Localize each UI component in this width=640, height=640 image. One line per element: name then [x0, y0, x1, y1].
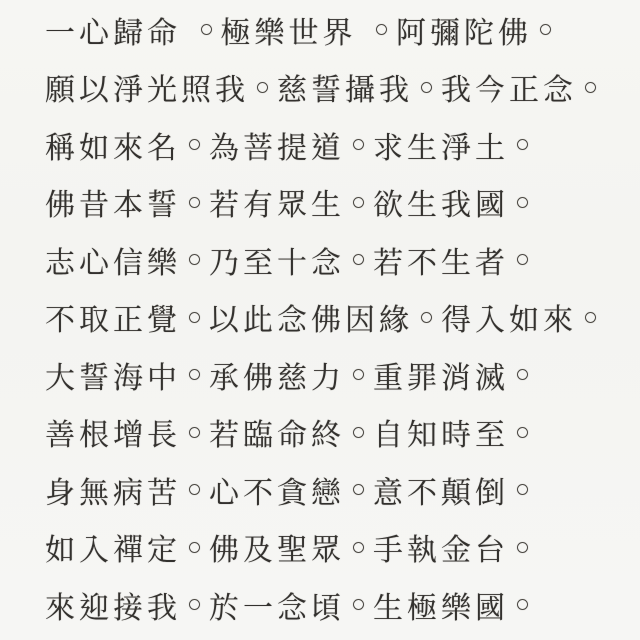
text-line: 不取正覺以此念佛因緣得入如來 — [45, 289, 630, 347]
ideographic-period — [353, 254, 364, 265]
text-line: 志心信樂乃至十念若不生者 — [45, 231, 630, 289]
text-run: 我今正念 — [441, 65, 577, 109]
text-run: 為菩提道 — [209, 123, 345, 167]
text-run: 善根增長 — [45, 410, 181, 454]
text-line: 稱如來名為菩提道求生淨土 — [45, 116, 630, 174]
text-line: 身無病苦心不貪戀意不顛倒 — [45, 461, 630, 519]
ideographic-period — [517, 599, 528, 610]
text-run: 重罪消滅 — [373, 353, 509, 397]
text-run: 若不生者 — [373, 238, 509, 282]
scanned-page: 一心歸命 極樂世界 阿彌陀佛願以淨光照我慈誓攝我我今正念稱如來名為菩提道求生淨土… — [0, 0, 640, 640]
text-run: 若有眾生 — [209, 180, 345, 224]
ideographic-period — [421, 312, 432, 323]
text-line: 大誓海中承佛慈力重罪消滅 — [45, 346, 630, 404]
text-run: 慈誓攝我 — [277, 65, 413, 109]
ideographic-period — [189, 599, 200, 610]
text-run: 願以淨光照我 — [45, 65, 249, 109]
text-run: 如入禪定 — [45, 525, 181, 569]
text-line: 來迎接我於一念頃生極樂國 — [45, 576, 630, 634]
text-run: 不取正覺 — [45, 295, 181, 339]
text-run: 承佛慈力 — [209, 353, 345, 397]
text-run: 心不貪戀 — [209, 468, 345, 512]
ideographic-period — [189, 369, 200, 380]
text-run: 自知時至 — [373, 410, 509, 454]
text-run: 阿彌陀佛 — [396, 8, 532, 52]
text-run: 身無病苦 — [45, 468, 181, 512]
ideographic-period — [517, 484, 528, 495]
text-run: 生極樂國 — [373, 583, 509, 627]
text-line: 願以淨光照我慈誓攝我我今正念 — [45, 59, 630, 117]
ideographic-period — [517, 139, 528, 150]
text-run: 乃至十念 — [209, 238, 345, 282]
ideographic-period — [353, 427, 364, 438]
ideographic-period — [353, 484, 364, 495]
ideographic-period — [421, 82, 432, 93]
ideographic-period — [540, 24, 551, 35]
ideographic-period — [189, 139, 200, 150]
ideographic-period — [189, 484, 200, 495]
ideographic-period — [189, 542, 200, 553]
ideographic-period — [585, 312, 596, 323]
text-run: 得入如來 — [441, 295, 577, 339]
text-line: 一心歸命 極樂世界 阿彌陀佛 — [45, 1, 630, 59]
ideographic-period — [257, 82, 268, 93]
text-line: 佛昔本誓若有眾生欲生我國 — [45, 174, 630, 232]
scripture-text: 一心歸命 極樂世界 阿彌陀佛願以淨光照我慈誓攝我我今正念稱如來名為菩提道求生淨土… — [45, 1, 630, 634]
text-line: 善根增長若臨命終自知時至 — [45, 404, 630, 462]
text-run: 以此念佛因緣 — [209, 295, 413, 339]
text-run: 來迎接我 — [45, 583, 181, 627]
ideographic-period — [189, 312, 200, 323]
text-line: 如入禪定佛及聖眾手執金台 — [45, 519, 630, 577]
ideographic-period — [517, 254, 528, 265]
text-run: 一心歸命 — [45, 8, 193, 52]
ideographic-period — [376, 24, 387, 35]
ideographic-period — [189, 427, 200, 438]
ideographic-period — [517, 542, 528, 553]
ideographic-period — [189, 254, 200, 265]
text-run: 欲生我國 — [373, 180, 509, 224]
text-run: 稱如來名 — [45, 123, 181, 167]
ideographic-period — [353, 369, 364, 380]
ideographic-period — [353, 139, 364, 150]
text-run: 大誓海中 — [45, 353, 181, 397]
text-run: 手執金台 — [373, 525, 509, 569]
ideographic-period — [353, 542, 364, 553]
text-run: 意不顛倒 — [373, 468, 509, 512]
ideographic-period — [201, 24, 212, 35]
ideographic-period — [517, 427, 528, 438]
text-run: 佛昔本誓 — [45, 180, 181, 224]
text-run: 求生淨土 — [373, 123, 509, 167]
text-run: 佛及聖眾 — [209, 525, 345, 569]
ideographic-period — [189, 197, 200, 208]
ideographic-period — [353, 599, 364, 610]
ideographic-period — [517, 369, 528, 380]
ideographic-period — [517, 197, 528, 208]
text-run: 於一念頃 — [209, 583, 345, 627]
ideographic-period — [585, 82, 596, 93]
text-run: 志心信樂 — [45, 238, 181, 282]
text-run: 極樂世界 — [221, 8, 369, 52]
ideographic-period — [353, 197, 364, 208]
text-run: 若臨命終 — [209, 410, 345, 454]
